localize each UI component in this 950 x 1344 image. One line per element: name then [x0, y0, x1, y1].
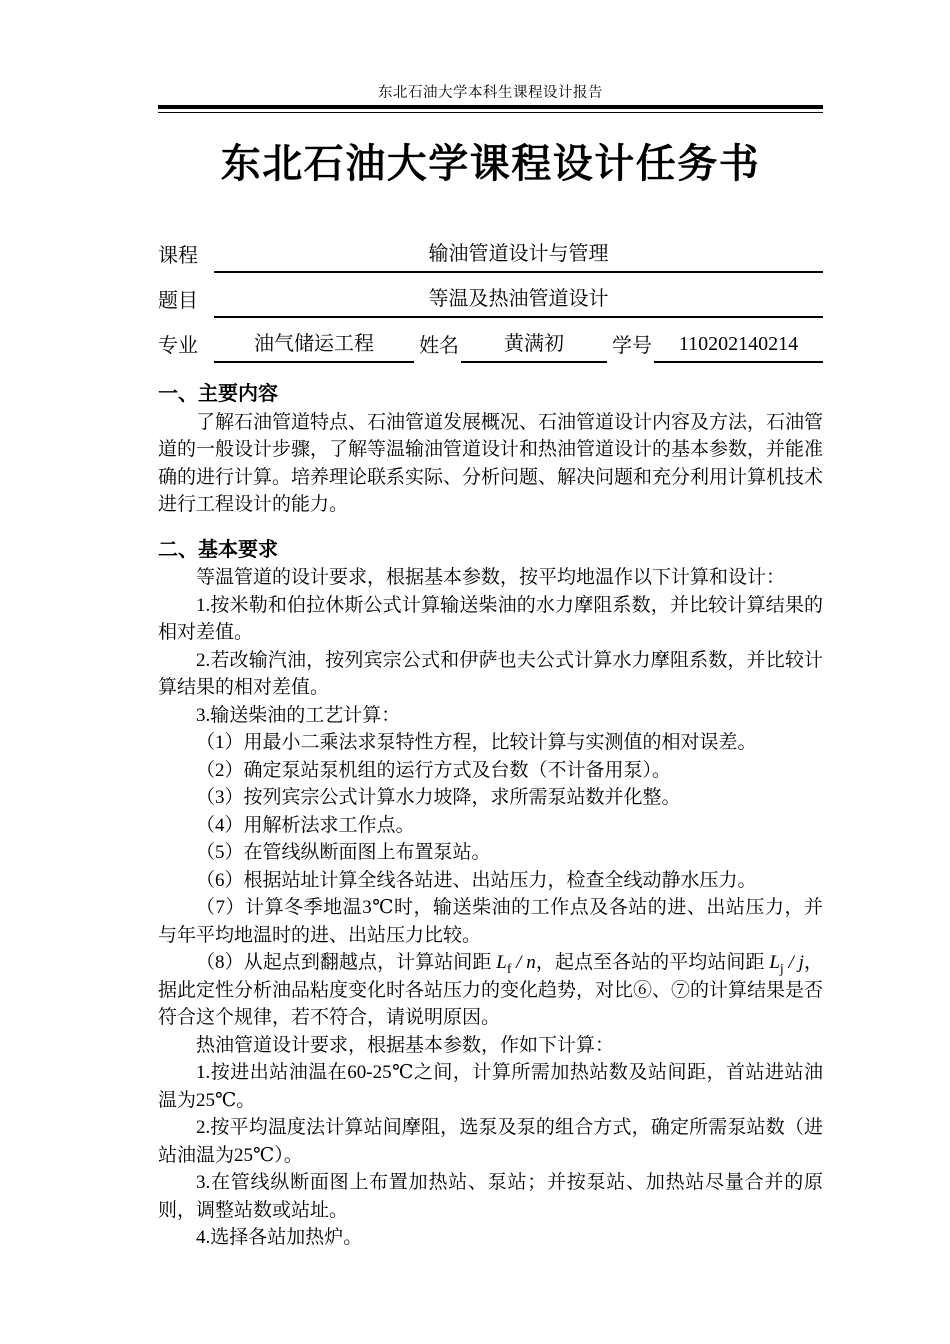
requirement-subitem-8: （8）从起点到翻越点，计算站间距 Lf / n，起点至各站的平均站间距 Lj /…: [158, 949, 823, 1032]
form-row-student: 专业 油气储运工程 姓名 黄满初 学号 110202140214: [158, 318, 823, 363]
page-content: 东北石油大学本科生课程设计报告 东北石油大学课程设计任务书 课程 输油管道设计与…: [158, 84, 823, 1252]
page-title: 东北石油大学课程设计任务书: [158, 136, 823, 192]
student-id-label: 学号: [607, 329, 654, 363]
major-value: 油气储运工程: [214, 327, 414, 363]
requirement-subitem-2: （2）确定泵站泵机组的运行方式及台数（不计备用泵）。: [158, 757, 823, 785]
hot-oil-item-3: 3.在管线纵断面图上布置加热站、泵站；并按泵站、加热站尽量合并的原则，调整站数或…: [158, 1169, 823, 1224]
hot-oil-item-1: 1.按进出站油温在60-25℃之间，计算所需加热站数及站间距，首站进站油温为25…: [158, 1059, 823, 1114]
formula-lf-over-n: Lf / n: [496, 952, 536, 973]
course-value: 输油管道设计与管理: [214, 237, 823, 273]
requirement-item-1: 1.按米勒和伯拉休斯公式计算输送柴油的水力摩阻系数，并比较计算结果的相对差值。: [158, 592, 823, 647]
requirement-item-3: 3.输送柴油的工艺计算：: [158, 702, 823, 730]
requirement-subitem-3: （3）按列宾宗公式计算水力坡降，求所需泵站数并化整。: [158, 784, 823, 812]
requirement-subitem-6: （6）根据站址计算全线各站进、出站压力，检查全线动静水压力。: [158, 867, 823, 895]
section-requirements-heading: 二、基本要求: [158, 537, 823, 565]
requirement-subitem-5: （5）在管线纵断面图上布置泵站。: [158, 839, 823, 867]
running-header: 东北石油大学本科生课程设计报告: [158, 84, 823, 102]
major-label: 专业: [158, 329, 214, 363]
form-row-course: 课程 输油管道设计与管理: [158, 228, 823, 273]
requirement-item-2: 2.若改输汽油，按列宾宗公式和伊萨也夫公式计算水力摩阻系数，并比较计算结果的相对…: [158, 647, 823, 702]
subitem-8-text-2: ，起点至各站的平均站间距: [536, 952, 770, 973]
name-label: 姓名: [414, 329, 461, 363]
requirement-intro-hot-oil: 热油管道设计要求，根据基本参数，作如下计算：: [158, 1032, 823, 1060]
course-label: 课程: [158, 239, 214, 273]
name-value: 黄满初: [461, 327, 607, 363]
topic-value: 等温及热油管道设计: [214, 282, 823, 318]
document-page: 东北石油大学本科生课程设计报告 东北石油大学课程设计任务书 课程 输油管道设计与…: [0, 0, 950, 1344]
main-content-paragraph: 了解石油管道特点、石油管道发展概况、石油管道设计内容及方法，石油管道的一般设计步…: [158, 409, 823, 519]
student-id-value: 110202140214: [654, 333, 823, 363]
section-main-content: 一、主要内容 了解石油管道特点、石油管道发展概况、石油管道设计内容及方法，石油管…: [158, 381, 823, 519]
formula-lj-over-j: Lj / j: [769, 952, 804, 973]
header-rule-thick: [158, 105, 823, 109]
requirement-subitem-7: （7）计算冬季地温3℃时，输送柴油的工作点及各站的进、出站压力，并与年平均地温时…: [158, 894, 823, 949]
header-rule-thin: [158, 112, 823, 113]
topic-label: 题目: [158, 284, 214, 318]
subitem-8-text-1: （8）从起点到翻越点，计算站间距: [196, 952, 496, 973]
cover-form: 课程 输油管道设计与管理 题目 等温及热油管道设计 专业 油气储运工程 姓名 黄…: [158, 228, 823, 363]
hot-oil-item-2: 2.按平均温度法计算站间摩阻，选泵及泵的组合方式，确定所需泵站数（进站油温为25…: [158, 1114, 823, 1169]
requirement-subitem-4: （4）用解析法求工作点。: [158, 812, 823, 840]
hot-oil-item-4: 4.选择各站加热炉。: [158, 1224, 823, 1252]
requirement-subitem-1: （1）用最小二乘法求泵特性方程，比较计算与实测值的相对误差。: [158, 729, 823, 757]
section-requirements: 二、基本要求 等温管道的设计要求，根据基本参数，按平均地温作以下计算和设计： 1…: [158, 537, 823, 1252]
section-main-heading: 一、主要内容: [158, 381, 823, 409]
requirement-intro-isothermal: 等温管道的设计要求，根据基本参数，按平均地温作以下计算和设计：: [158, 564, 823, 592]
form-row-topic: 题目 等温及热油管道设计: [158, 273, 823, 318]
